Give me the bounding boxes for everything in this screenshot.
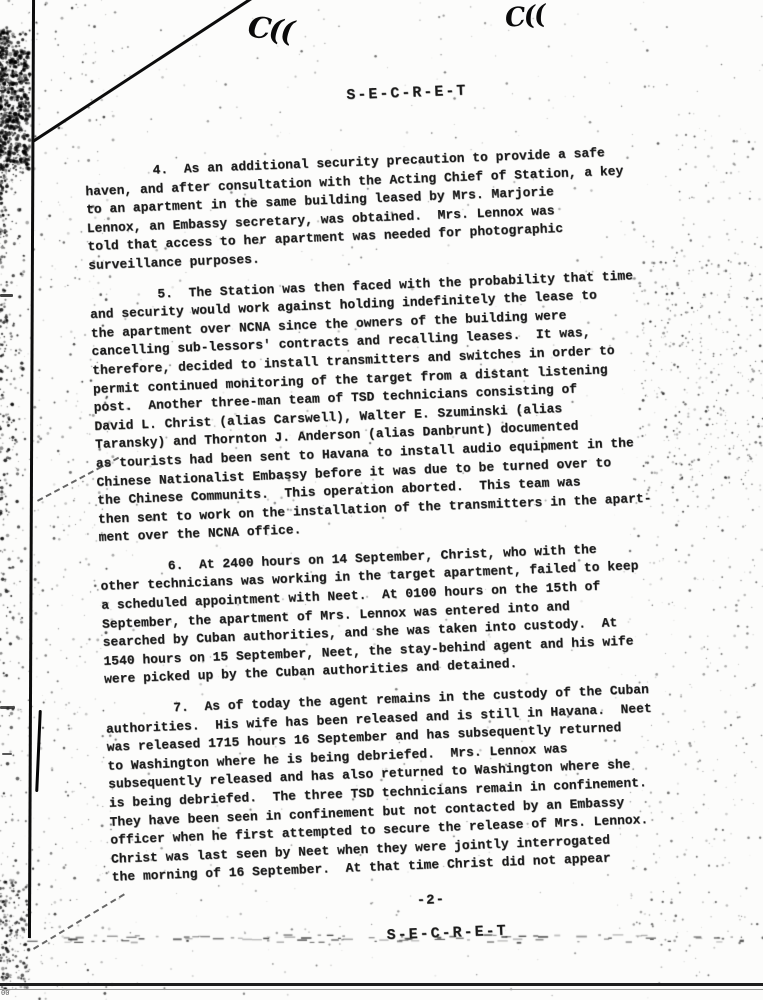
scan-artifact-margin-dash: [2, 753, 12, 755]
scan-artifact-margin-dash: [0, 294, 13, 297]
paragraph-5: 5. The Station was then faced with the p…: [89, 264, 709, 548]
pen-mark-icon: C((: [504, 0, 546, 34]
paragraph-6: 6. At 2400 hours on 14 September, Christ…: [100, 536, 715, 689]
scanned-document-page: 00 C(( C(( S-E-C-R-E-T 4. As an addition…: [0, 0, 763, 1000]
bottom-corner-text: 00: [1, 989, 9, 997]
scan-artifact-margin-dash: [0, 706, 15, 709]
pen-mark-icon: C((: [246, 9, 294, 48]
classification-header: S-E-C-R-E-T: [102, 72, 712, 115]
classification-footer: S-E-C-R-E-T: [142, 912, 752, 955]
scan-artifact-vertical-line: [28, 0, 35, 938]
bottom-rule-heavy: [0, 983, 763, 986]
paragraph-4: 4. As an additional security precaution …: [84, 141, 698, 276]
paragraph-7: 7. As of today the agent remains in the …: [105, 678, 722, 887]
bottom-rule-light: [0, 989, 763, 990]
document-body: S-E-C-R-E-T 4. As an additional security…: [42, 73, 724, 955]
scan-artifact-short-line: [35, 710, 42, 792]
